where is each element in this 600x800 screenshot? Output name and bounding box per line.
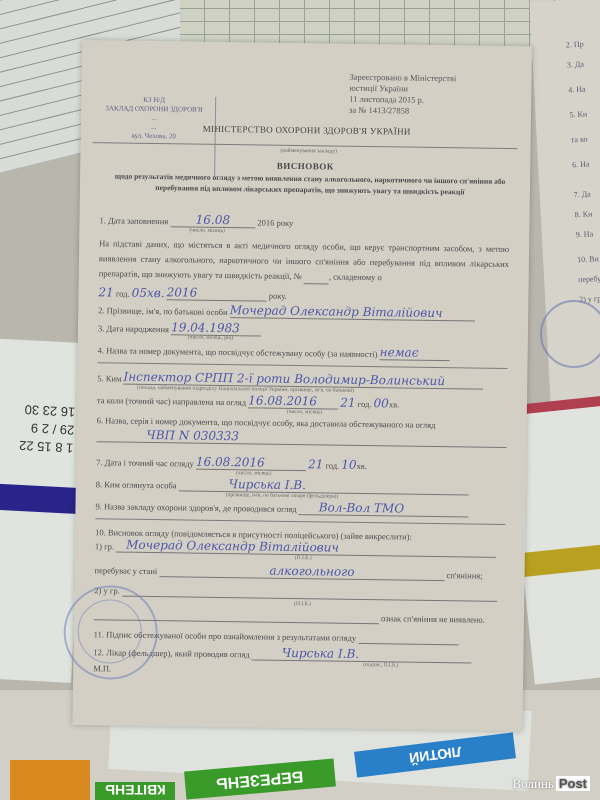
field-1-date: 1. Дата заповнення 16.08 2016 року (99, 212, 509, 232)
handwritten-badge-number: ЧВП N 030333 (146, 428, 239, 443)
field-2-full-name: 2. Прізвище, ім'я, по батькові особи Моч… (98, 302, 508, 322)
ministry-heading: МІНІСТЕРСТВО ОХОРОНИ ЗДОРОВ'Я УКРАЇНИ (203, 124, 411, 137)
field-9-facility: 9. Назва закладу охорони здоров'я, де пр… (95, 498, 505, 518)
field-10-state: перебуває у стані алкогольного сп'яніння… (95, 562, 505, 582)
field-10-person-2: 2) у гр. (94, 584, 504, 602)
calendar-orange-band (10, 760, 90, 800)
basis-time: 21 год. 05хв. 2016 року. (98, 285, 508, 305)
background-round-stamp (540, 300, 600, 368)
field-7-exam-time: 7. Дата і точний час огляду 16.08.2016 2… (96, 454, 506, 474)
field-4-id-document: 4. Назва та номер документа, що посвідчу… (98, 342, 508, 362)
calendar-month-kviten: КВІТЕНЬ (95, 782, 175, 800)
field-3-birth-date: 3. Дата народження 19.04.1983 (98, 320, 508, 340)
basis-paragraph: На підставі даних, що містяться в акті м… (99, 236, 510, 287)
registration-block: Зареєстровано в Міністерстві юстиції Укр… (349, 72, 456, 117)
calendar-month-band (521, 543, 600, 577)
handwritten-date: 16.08 (196, 213, 231, 227)
medical-conclusion-document: Зареєстровано в Міністерстві юстиції Укр… (72, 40, 532, 731)
calendar-month-band (0, 482, 81, 514)
watermark-logo: ВолиньPost (512, 776, 590, 792)
institution-caption: (найменування закладу) (280, 148, 336, 155)
document-subtitle: щодо результатів медичного огляду з мето… (100, 170, 520, 198)
doctor-signature: Чирська І.В. (282, 646, 359, 661)
seal-place: М.П. (93, 662, 503, 680)
